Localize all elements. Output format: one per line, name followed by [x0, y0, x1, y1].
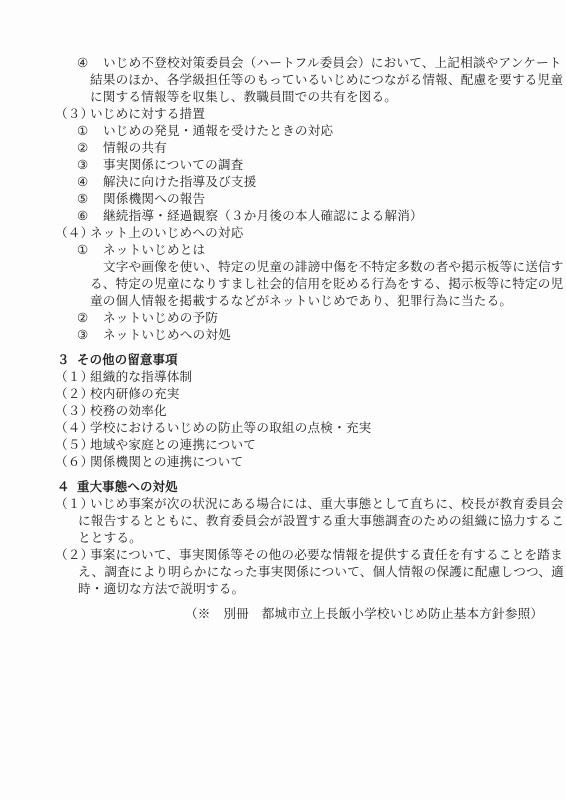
list-item: ネットいじめの予防: [103, 309, 218, 326]
item-marker: ⑤: [77, 190, 89, 207]
list-item: 事実関係についての調査: [103, 156, 243, 173]
item-text: に関する情報等を収集し、教職員間での共有を図る。: [90, 88, 397, 105]
section-number: ４: [57, 478, 70, 495]
item-marker: ②: [77, 139, 89, 156]
paragraph-text: ととする。: [78, 529, 142, 546]
item-text: 結果のほか、各学級担任等のもっているいじめにつながる情報、配慮を要する児童: [90, 71, 563, 88]
item-text: いじめ不登校対策委員会（ハートフル委員会）において、上記相談やアンケート: [103, 54, 562, 71]
item-marker: ③: [77, 326, 89, 343]
list-item: 校務の効率化: [90, 402, 167, 419]
list-item: 組織的な指導体制: [90, 368, 192, 385]
item-marker: ④: [77, 54, 89, 71]
paragraph-text: え、調査により明らかになった事実関係について、個人情報の保護に配慮しつつ、適: [78, 563, 564, 580]
subsection-title: ネット上のいじめへの対応: [90, 224, 244, 241]
section-number: ３: [57, 351, 70, 368]
section-title: 重大事態への対処: [77, 478, 178, 495]
item-marker: （１）: [55, 495, 93, 512]
item-marker: （５）: [55, 436, 93, 453]
paragraph-text: いじめ事案が次の状況にある場合には、重大事態として直ちに、校長が教育委員会: [90, 495, 563, 512]
paragraph-text: 時・適切な方法で説明する。: [78, 580, 244, 597]
list-item: いじめの発見・通報を受けたときの対応: [103, 122, 333, 139]
item-marker: （２）: [55, 546, 93, 563]
list-item: 継続指導・経過観察（３か月後の本人確認による解消）: [103, 207, 423, 224]
list-item: 学校におけるいじめの防止等の取組の点検・充実: [90, 419, 371, 436]
item-marker: （４）: [55, 419, 93, 436]
item-marker: ①: [77, 122, 89, 139]
item-marker: （３）: [55, 402, 93, 419]
subsection-marker: （３）: [55, 105, 93, 122]
list-item: 情報の共有: [103, 139, 167, 156]
subsection-marker: （４）: [55, 224, 93, 241]
item-marker: ⑥: [77, 207, 89, 224]
item-marker: ②: [77, 309, 89, 326]
list-item: ネットいじめとは: [103, 241, 205, 258]
list-item: 解決に向けた指導及び支援: [103, 173, 257, 190]
reference-note: （※ 別冊 都城市立上長飯小学校いじめ防止基本方針参照）: [185, 605, 543, 622]
definition-text: る、特定の児童になりすまし社会的信用を貶める行為をする、掲示板等に特定の児: [90, 275, 563, 292]
list-item: 校内研修の充実: [90, 385, 180, 402]
section-title: その他の留意事項: [77, 351, 178, 368]
paragraph-text: に報告するとともに、教育委員会が設置する重大事態調査のための組織に協力するこ: [78, 512, 564, 529]
document-page: ④ いじめ不登校対策委員会（ハートフル委員会）において、上記相談やアンケート 結…: [0, 0, 566, 800]
definition-text: 文字や画像を使い、特定の児童の誹謗中傷を不特定多数の者や掲示板等に送信す: [103, 258, 564, 275]
paragraph-text: 事案について、事実関係等その他の必要な情報を提供する責任を有することを踏ま: [90, 546, 563, 563]
list-item: 地域や家庭との連携について: [90, 436, 256, 453]
item-marker: ①: [77, 241, 89, 258]
item-marker: ④: [77, 173, 89, 190]
item-marker: （１）: [55, 368, 93, 385]
definition-text: 童の個人情報を掲載するなどがネットいじめであり、犯罪行為に当たる。: [90, 292, 512, 309]
list-item: ネットいじめへの対処: [103, 326, 231, 343]
item-marker: （６）: [55, 453, 93, 470]
list-item: 関係機関への報告: [103, 190, 205, 207]
item-marker: ③: [77, 156, 89, 173]
item-marker: （２）: [55, 385, 93, 402]
subsection-title: いじめに対する措置: [90, 105, 205, 122]
list-item: 関係機関との連携について: [90, 453, 243, 470]
